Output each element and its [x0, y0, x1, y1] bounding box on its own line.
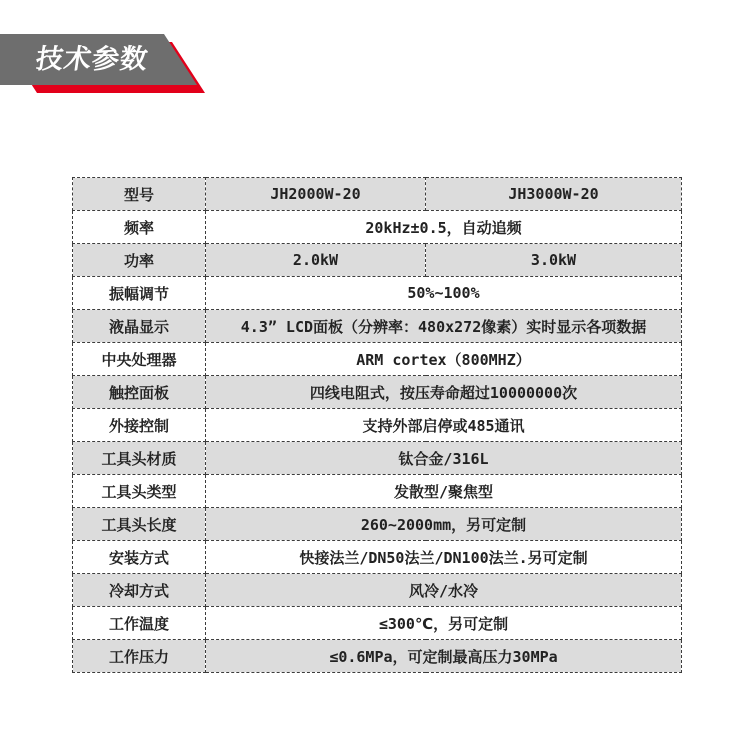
spec-label: 工具头长度 [73, 508, 206, 541]
spec-label: 中央处理器 [73, 343, 206, 376]
spec-value: ≤0.6MPa，可定制最高压力30MPa [206, 640, 682, 673]
spec-row-working-pressure: 工作压力 ≤0.6MPa，可定制最高压力30MPa [73, 640, 682, 673]
spec-value: 50%~100% [206, 277, 682, 310]
section-banner: 技术参数 [0, 0, 240, 110]
spec-row-lcd: 液晶显示 4.3” LCD面板（分辨率：480x272像素）实时显示各项数据 [73, 310, 682, 343]
spec-value: 发散型/聚焦型 [206, 475, 682, 508]
spec-value: JH2000W-20 [206, 178, 426, 211]
spec-row-model: 型号 JH2000W-20 JH3000W-20 [73, 178, 682, 211]
spec-value: ≤300℃，另可定制 [206, 607, 682, 640]
page-title: 技术参数 [34, 45, 150, 75]
specs-table-container: 型号 JH2000W-20 JH3000W-20 频率 20kHz±0.5，自动… [72, 177, 682, 673]
spec-label: 型号 [73, 178, 206, 211]
spec-label: 工具头类型 [73, 475, 206, 508]
spec-value: JH3000W-20 [426, 178, 682, 211]
spec-value: 四线电阻式，按压寿命超过10000000次 [206, 376, 682, 409]
spec-row-tool-material: 工具头材质 钛合金/316L [73, 442, 682, 475]
spec-value: 4.3” LCD面板（分辨率：480x272像素）实时显示各项数据 [206, 310, 682, 343]
spec-label: 液晶显示 [73, 310, 206, 343]
spec-row-tool-type: 工具头类型 发散型/聚焦型 [73, 475, 682, 508]
spec-label: 振幅调节 [73, 277, 206, 310]
spec-row-power: 功率 2.0kW 3.0kW [73, 244, 682, 277]
spec-value: ARM cortex（800MHZ） [206, 343, 682, 376]
spec-label: 工作压力 [73, 640, 206, 673]
spec-label: 功率 [73, 244, 206, 277]
spec-label: 频率 [73, 211, 206, 244]
spec-row-touch-panel: 触控面板 四线电阻式，按压寿命超过10000000次 [73, 376, 682, 409]
spec-value: 钛合金/316L [206, 442, 682, 475]
spec-row-cooling: 冷却方式 风冷/水冷 [73, 574, 682, 607]
spec-row-frequency: 频率 20kHz±0.5，自动追频 [73, 211, 682, 244]
spec-row-external-control: 外接控制 支持外部启停或485通讯 [73, 409, 682, 442]
spec-label: 工作温度 [73, 607, 206, 640]
spec-row-mounting: 安装方式 快接法兰/DN50法兰/DN100法兰.另可定制 [73, 541, 682, 574]
spec-value: 2.0kW [206, 244, 426, 277]
spec-label: 安装方式 [73, 541, 206, 574]
spec-value: 快接法兰/DN50法兰/DN100法兰.另可定制 [206, 541, 682, 574]
spec-row-cpu: 中央处理器 ARM cortex（800MHZ） [73, 343, 682, 376]
spec-label: 触控面板 [73, 376, 206, 409]
spec-value: 3.0kW [426, 244, 682, 277]
spec-label: 工具头材质 [73, 442, 206, 475]
spec-row-amplitude: 振幅调节 50%~100% [73, 277, 682, 310]
spec-value: 260~2000mm，另可定制 [206, 508, 682, 541]
spec-value: 风冷/水冷 [206, 574, 682, 607]
spec-label: 外接控制 [73, 409, 206, 442]
spec-row-tool-length: 工具头长度 260~2000mm，另可定制 [73, 508, 682, 541]
spec-value: 20kHz±0.5，自动追频 [206, 211, 682, 244]
spec-row-working-temperature: 工作温度 ≤300℃，另可定制 [73, 607, 682, 640]
spec-value: 支持外部启停或485通讯 [206, 409, 682, 442]
specs-table: 型号 JH2000W-20 JH3000W-20 频率 20kHz±0.5，自动… [72, 177, 682, 673]
spec-label: 冷却方式 [73, 574, 206, 607]
